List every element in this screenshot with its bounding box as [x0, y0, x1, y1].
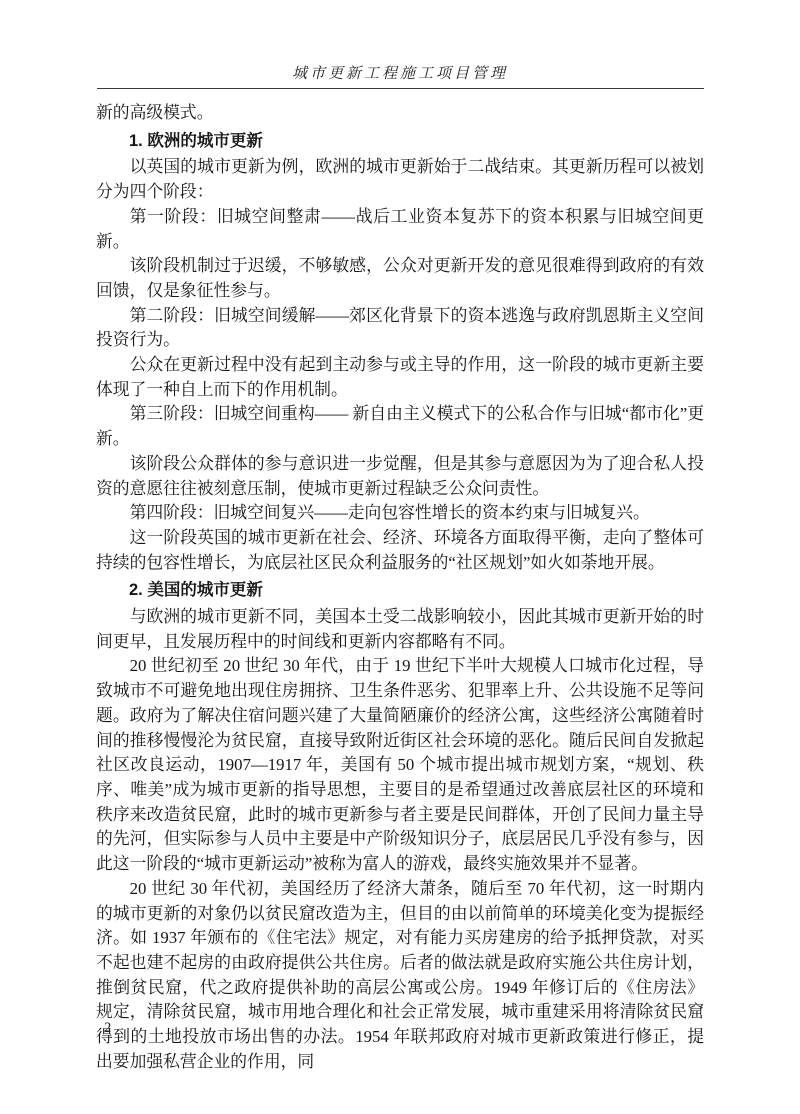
body-paragraph: 该阶段机制过于迟缓，不够敏感，公众对更新开发的意见很难得到政府的有效回馈，仅是象… — [96, 254, 704, 303]
section-heading-usa: 2. 美国的城市更新 — [96, 578, 704, 603]
body-paragraph: 第三阶段：旧城空间重构—— 新自由主义模式下的公私合作与旧城“都市化”更新。 — [96, 402, 704, 451]
body-paragraph: 以英国的城市更新为例，欧洲的城市更新始于二战结束。其更新历程可以被划分为四个阶段… — [96, 155, 704, 204]
page-number: 2 — [104, 1020, 111, 1037]
body-paragraph: 第二阶段：旧城空间缓解——郊区化背景下的资本逃逸与政府凯恩斯主义空间投资行为。 — [96, 304, 704, 353]
continuation-paragraph: 新的高级模式。 — [96, 101, 704, 126]
document-body: 新的高级模式。 1. 欧洲的城市更新 以英国的城市更新为例，欧洲的城市更新始于二… — [96, 101, 704, 1074]
body-paragraph: 20 世纪初至 20 世纪 30 年代，由于 19 世纪下半叶大规模人口城市化过… — [96, 654, 704, 876]
section-heading-europe: 1. 欧洲的城市更新 — [96, 129, 704, 154]
body-paragraph: 第四阶段：旧城空间复兴——走向包容性增长的资本约束与旧城复兴。 — [96, 501, 704, 526]
header-rule — [97, 88, 704, 89]
body-paragraph: 第一阶段：旧城空间整肃——战后工业资本复苏下的资本积累与旧城空间更新。 — [96, 205, 704, 254]
running-header-title: 城市更新工程施工项目管理 — [96, 62, 704, 83]
body-paragraph: 20 世纪 30 年代初，美国经历了经济大萧条，随后至 70 年代初，这一时期内… — [96, 877, 704, 1075]
body-paragraph: 该阶段公众群体的参与意识进一步觉醒，但是其参与意愿因为为了迎合私人投资的意愿往往… — [96, 452, 704, 501]
body-paragraph: 公众在更新过程中没有起到主动参与或主导的作用，这一阶段的城市更新主要体现了一种自… — [96, 353, 704, 402]
body-paragraph: 与欧洲的城市更新不同，美国本土受二战影响较小，因此其城市更新开始的时间更早，且发… — [96, 605, 704, 654]
body-paragraph: 这一阶段英国的城市更新在社会、经济、环境各方面取得平衡，走向了整体可持续的包容性… — [96, 526, 704, 575]
document-page: 城市更新工程施工项目管理 新的高级模式。 1. 欧洲的城市更新 以英国的城市更新… — [0, 0, 800, 1114]
